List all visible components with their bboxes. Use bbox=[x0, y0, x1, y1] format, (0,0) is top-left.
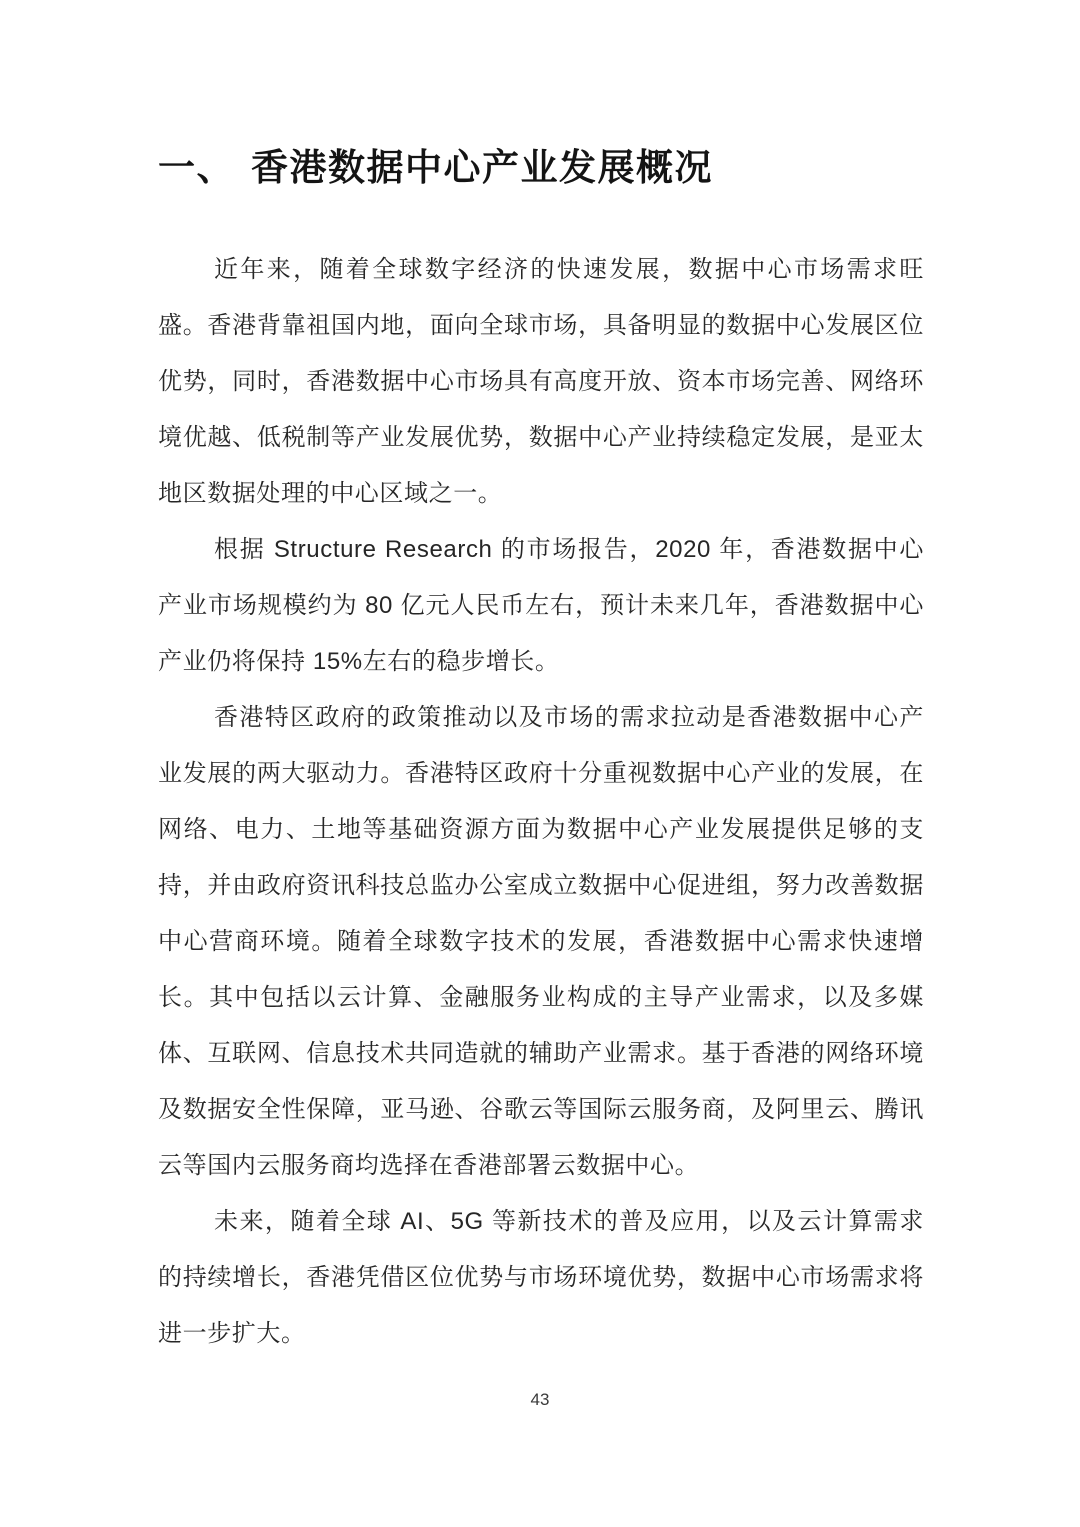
page-number: 43 bbox=[0, 1388, 1080, 1412]
section-title: 香港数据中心产业发展概况 bbox=[251, 147, 713, 188]
paragraph-future: 未来，随着全球 AI、5G 等新技术的普及应用，以及云计算需求的持续增长，香港凭… bbox=[158, 1194, 924, 1362]
paragraph-overview: 近年来，随着全球数字经济的快速发展，数据中心市场需求旺盛。香港背靠祖国内地，面向… bbox=[158, 242, 924, 522]
document-page: 一、香港数据中心产业发展概况 近年来，随着全球数字经济的快速发展，数据中心市场需… bbox=[0, 0, 1080, 1527]
section-heading: 一、香港数据中心产业发展概况 bbox=[158, 144, 924, 192]
paragraph-market-size: 根据 Structure Research 的市场报告，2020 年，香港数据中… bbox=[158, 522, 924, 690]
section-number: 一、 bbox=[158, 147, 235, 188]
body-text: 近年来，随着全球数字经济的快速发展，数据中心市场需求旺盛。香港背靠祖国内地，面向… bbox=[158, 242, 924, 1362]
paragraph-drivers: 香港特区政府的政策推动以及市场的需求拉动是香港数据中心产业发展的两大驱动力。香港… bbox=[158, 690, 924, 1194]
page-content: 一、香港数据中心产业发展概况 近年来，随着全球数字经济的快速发展，数据中心市场需… bbox=[158, 144, 924, 1362]
